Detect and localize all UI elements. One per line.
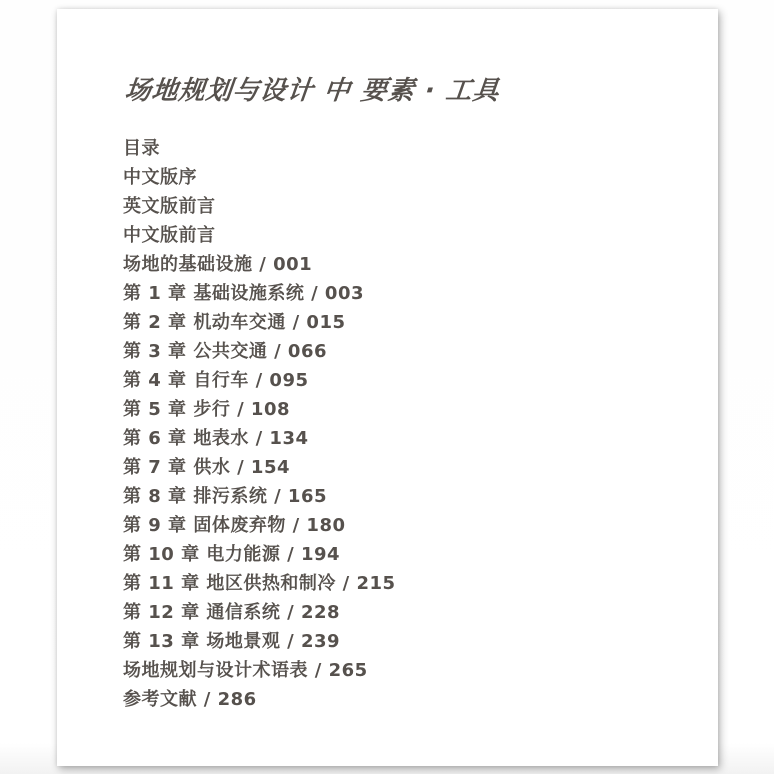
toc-item: 第 3 章 公共交通 / 066 [123, 337, 678, 366]
toc-item: 英文版前言 [123, 192, 678, 221]
toc-item: 参考文献 / 286 [123, 685, 678, 714]
toc-item: 中文版前言 [123, 221, 678, 250]
book-title: 场地规划与设计 中 要素 · 工具 [123, 70, 502, 107]
toc-item: 第 2 章 机动车交通 / 015 [123, 308, 678, 337]
toc-item: 第 1 章 基础设施系统 / 003 [123, 279, 678, 308]
book-page: 场地规划与设计 中 要素 · 工具 目录中文版序英文版前言中文版前言场地的基础设… [57, 9, 718, 766]
toc-item: 第 11 章 地区供热和制冷 / 215 [123, 569, 678, 598]
toc-item: 第 7 章 供水 / 154 [123, 453, 678, 482]
toc-item: 第 4 章 自行车 / 095 [123, 366, 678, 395]
toc-list: 目录中文版序英文版前言中文版前言场地的基础设施 / 001第 1 章 基础设施系… [123, 134, 678, 714]
toc-item: 第 12 章 通信系统 / 228 [123, 598, 678, 627]
toc-item: 第 6 章 地表水 / 134 [123, 424, 678, 453]
toc-item: 中文版序 [123, 163, 678, 192]
toc-item: 第 13 章 场地景观 / 239 [123, 627, 678, 656]
toc-item: 场地规划与设计术语表 / 265 [123, 656, 678, 685]
toc-item: 目录 [123, 134, 678, 163]
product-photo-backdrop: 场地规划与设计 中 要素 · 工具 目录中文版序英文版前言中文版前言场地的基础设… [0, 0, 774, 774]
toc-item: 场地的基础设施 / 001 [123, 250, 678, 279]
toc-item: 第 10 章 电力能源 / 194 [123, 540, 678, 569]
toc-item: 第 5 章 步行 / 108 [123, 395, 678, 424]
toc-item: 第 8 章 排污系统 / 165 [123, 482, 678, 511]
toc-item: 第 9 章 固体废弃物 / 180 [123, 511, 678, 540]
